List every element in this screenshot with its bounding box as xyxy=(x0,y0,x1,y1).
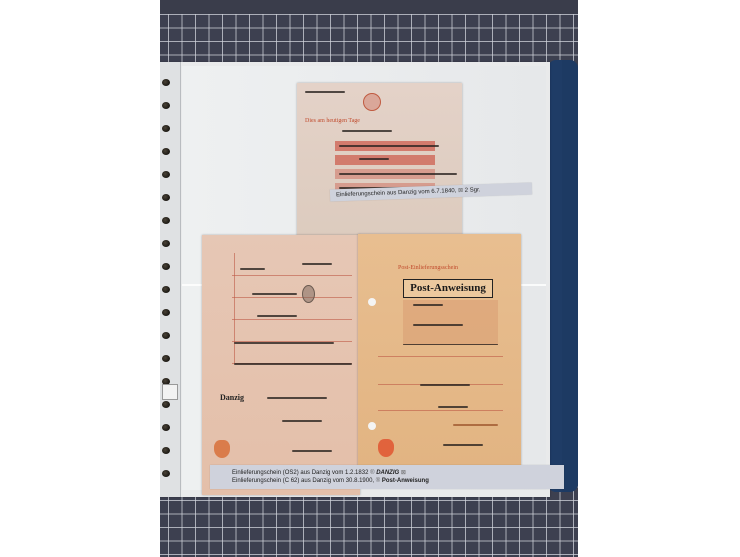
binding-strip xyxy=(160,62,181,497)
binder-ring-icon xyxy=(162,217,170,224)
caption-1840-text: Einlieferungschein aus Danzig vom 6.7.18… xyxy=(336,188,457,198)
handwriting xyxy=(413,324,463,326)
handwriting xyxy=(234,363,352,365)
handwriting xyxy=(443,444,483,446)
binder-ring-icon xyxy=(162,194,170,201)
form-line xyxy=(232,319,352,320)
handwriting xyxy=(359,158,389,160)
doc-1832-place: Danzig xyxy=(220,393,244,402)
caption-1832-marker: ® xyxy=(370,470,374,476)
wax-seal-icon xyxy=(302,285,315,303)
punch-hole xyxy=(368,422,376,430)
handwriting xyxy=(234,342,334,344)
handwriting xyxy=(305,91,345,93)
handwriting xyxy=(292,450,332,452)
doc-1900-header: Post-Einlieferungsschein xyxy=(398,265,458,271)
document-1840: Dies am heutigen Tage xyxy=(297,83,462,243)
caption-1832-text: Einlieferungschein (OS2) aus Danzig vom … xyxy=(232,470,368,476)
form-line xyxy=(232,275,352,276)
form-line xyxy=(378,410,503,411)
handwriting xyxy=(339,145,439,147)
handwriting xyxy=(342,130,392,132)
seal-icon xyxy=(363,93,381,111)
binder-ring-icon xyxy=(162,424,170,431)
handwriting xyxy=(403,344,498,345)
handwriting xyxy=(302,263,332,265)
binder-ring-icon xyxy=(162,125,170,132)
caption-1832-symbol: ⊠ xyxy=(401,470,406,476)
binder-ring-icon xyxy=(162,286,170,293)
album-label-icon xyxy=(162,384,178,400)
printed-row xyxy=(335,155,435,165)
eagle-emblem-icon xyxy=(378,439,394,457)
handwriting xyxy=(339,173,457,175)
document-1900: Post-Einlieferungsschein Post-Anweisung xyxy=(358,234,521,470)
binder-cover xyxy=(562,60,578,492)
handwriting xyxy=(420,384,470,386)
binder-ring-icon xyxy=(162,355,170,362)
handwriting xyxy=(453,424,498,426)
binder-ring-icon xyxy=(162,148,170,155)
form-line xyxy=(378,356,503,357)
form-line xyxy=(232,297,352,298)
caption-1832-bold: DANZIG xyxy=(376,470,399,476)
binder-ring-icon xyxy=(162,401,170,408)
form-line xyxy=(234,253,235,363)
album-photo: Dies am heutigen Tage xyxy=(160,0,578,557)
caption-1840-symbol: ⊠ xyxy=(458,188,463,194)
caption-1832-line: Einlieferungschein (OS2) aus Danzig vom … xyxy=(232,469,542,477)
punch-hole xyxy=(368,298,376,306)
binder-ring-icon xyxy=(162,447,170,454)
caption-1900-text: Einlieferungschein (C 62) aus Danzig vom… xyxy=(232,478,374,484)
doc-1840-header: Dies am heutigen Tage xyxy=(305,118,360,124)
binder-ring-icon xyxy=(162,263,170,270)
handwriting xyxy=(438,406,468,408)
binder-ring-icon xyxy=(162,309,170,316)
handwriting xyxy=(252,293,297,295)
handwriting xyxy=(282,420,322,422)
binder-ring-icon xyxy=(162,79,170,86)
handwriting xyxy=(413,304,443,306)
binder-ring-icon xyxy=(162,240,170,247)
post-anweisung-stamp: Post-Anweisung xyxy=(403,279,493,298)
document-1832: Danzig xyxy=(202,235,360,495)
caption-1900-bold: Post-Anweisung xyxy=(382,478,429,484)
mat-top-band xyxy=(160,0,578,14)
caption-bottom: Einlieferungschein (OS2) aus Danzig vom … xyxy=(210,465,564,489)
binder-ring-icon xyxy=(162,332,170,339)
handwriting xyxy=(240,268,265,270)
caption-1840-value: 2 Sgr. xyxy=(465,187,481,194)
binder-ring-icon xyxy=(162,171,170,178)
handwriting xyxy=(267,397,327,399)
album-page: Dies am heutigen Tage xyxy=(160,62,550,497)
caption-1900-line: Einlieferungschein (C 62) aus Danzig vom… xyxy=(232,477,542,485)
address-field xyxy=(403,300,498,345)
handwriting xyxy=(257,315,297,317)
eagle-emblem-icon xyxy=(214,440,230,458)
caption-1900-marker: ® xyxy=(376,478,380,484)
binder-ring-icon xyxy=(162,102,170,109)
binder-ring-icon xyxy=(162,470,170,477)
